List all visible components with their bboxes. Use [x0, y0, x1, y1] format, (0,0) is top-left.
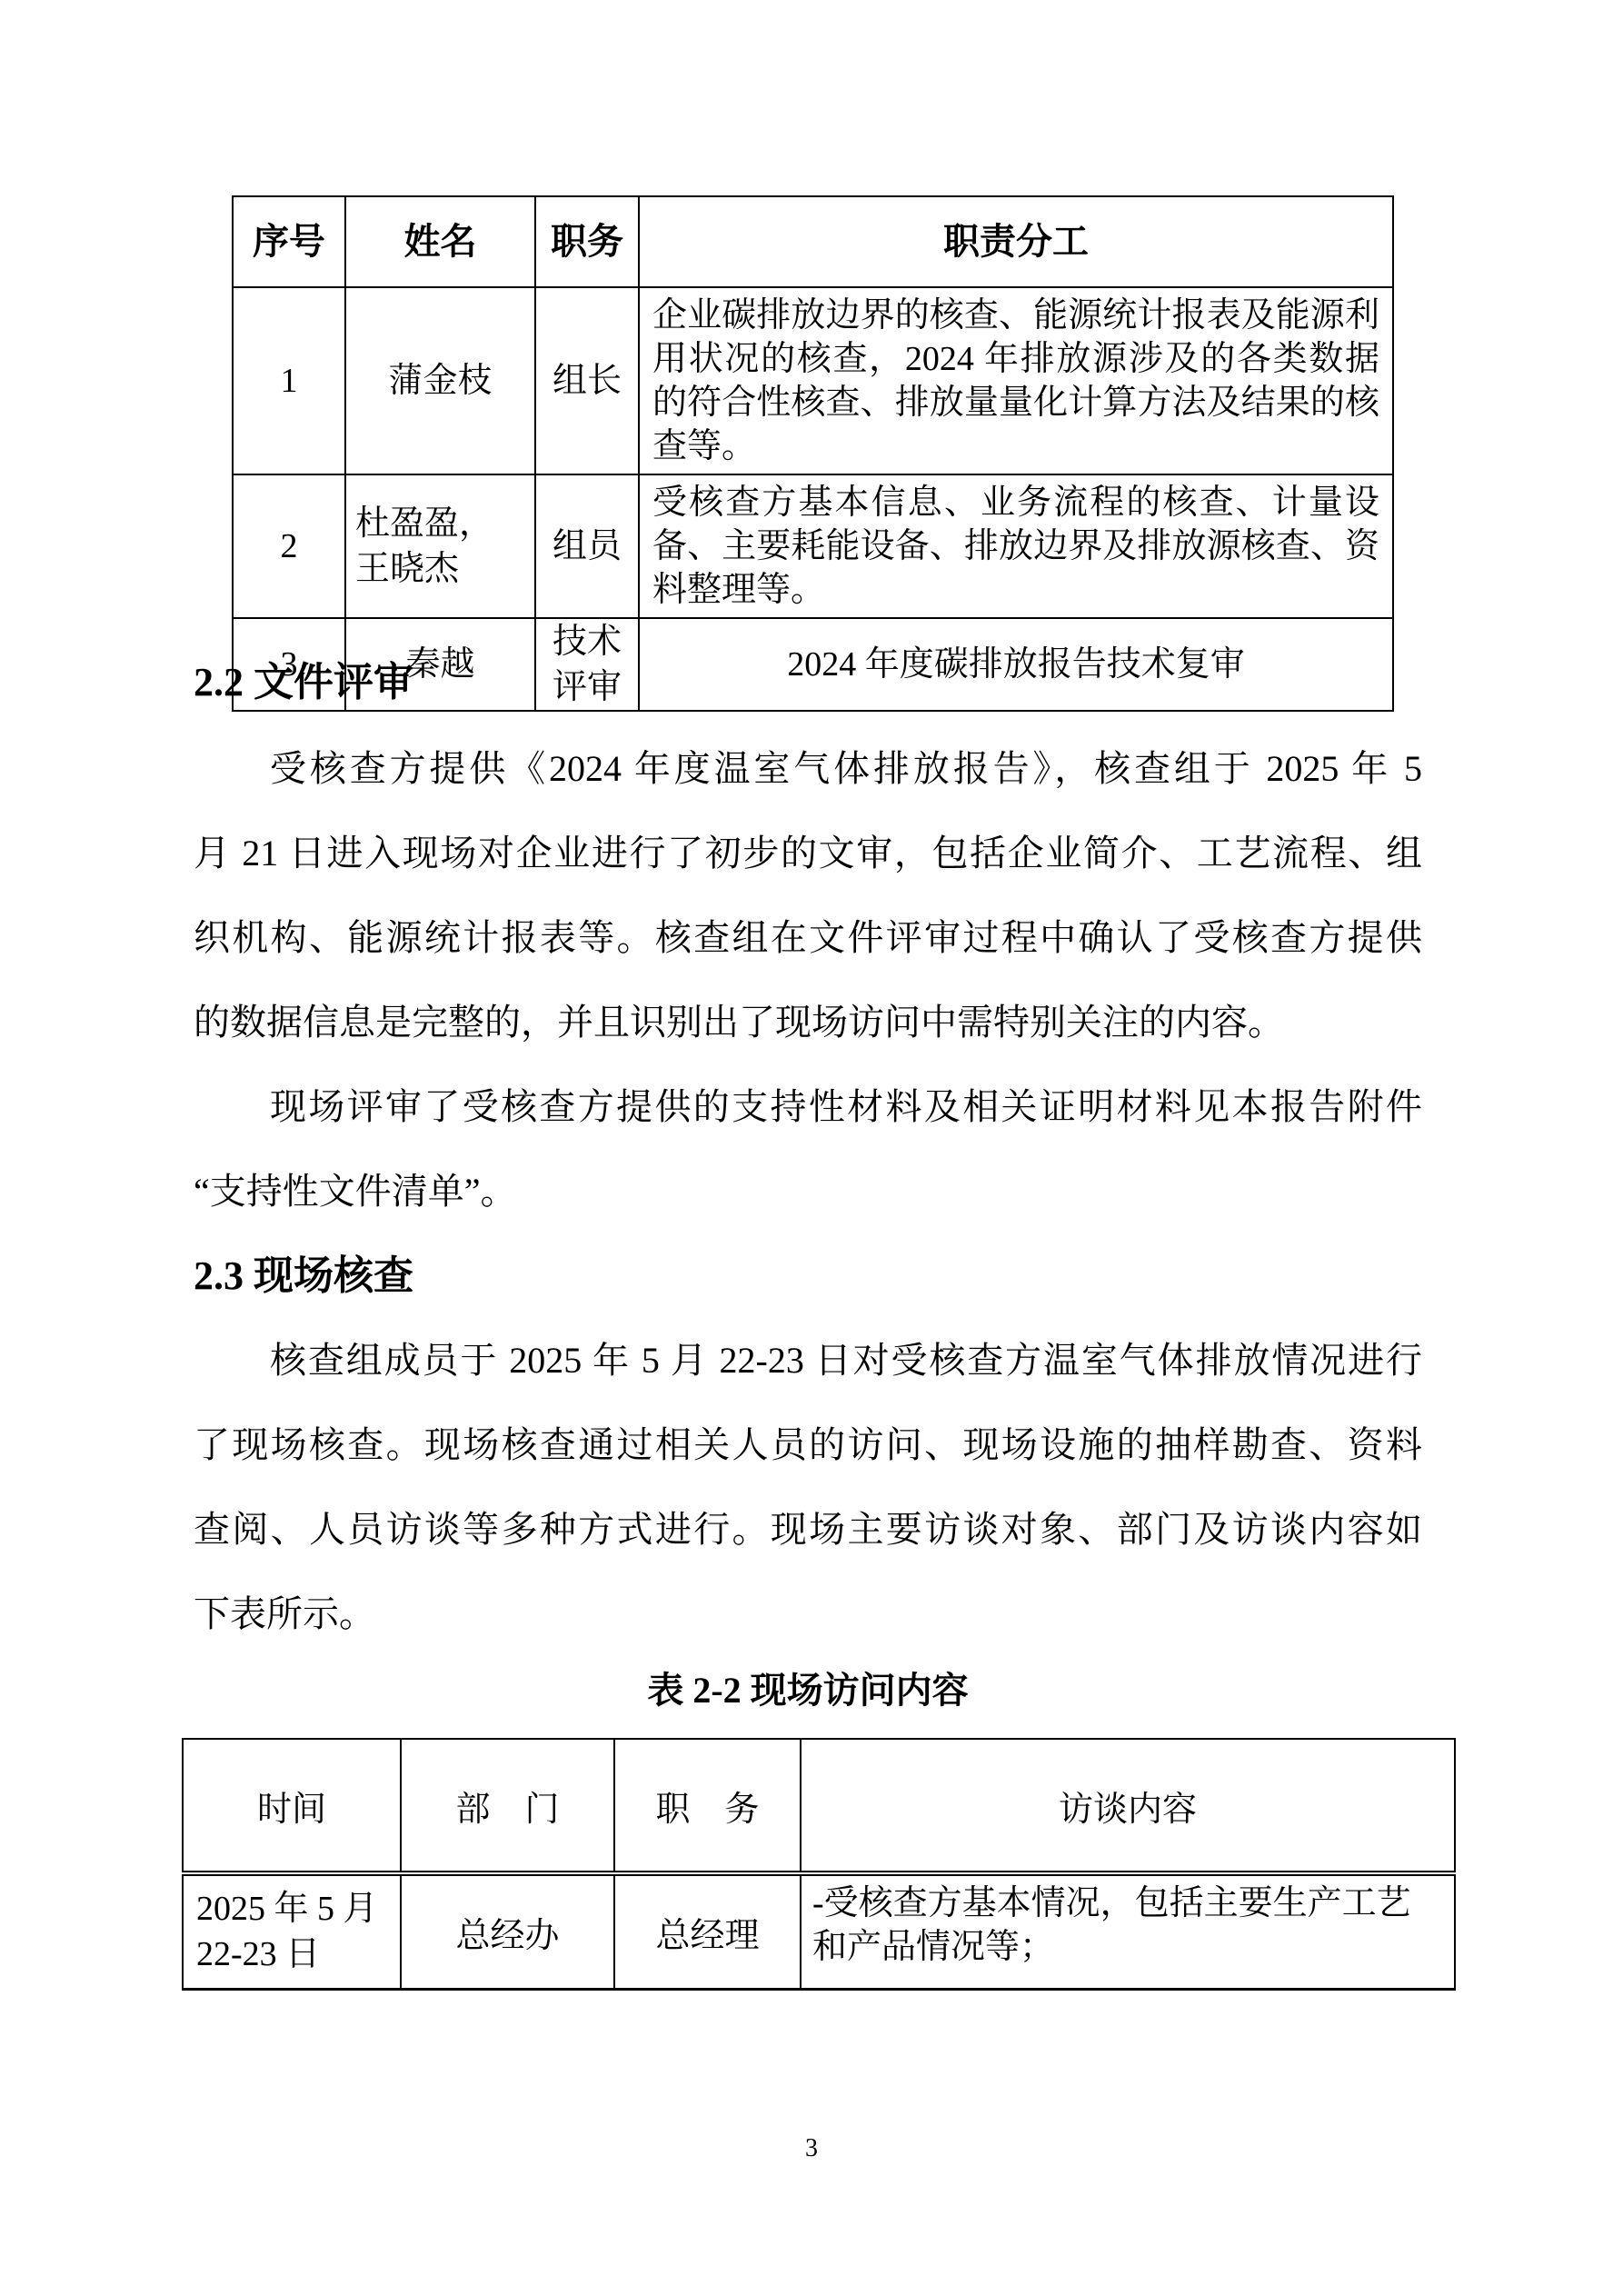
paragraph-line: 织机构、能源统计报表等。核查组在文件评审过程中确认了受核查方提供 — [194, 895, 1422, 980]
team-header-duty: 职责分工 — [639, 196, 1393, 287]
visit-header-content: 访谈内容 — [801, 1739, 1455, 1873]
paragraph-line: 了现场核查。现场核查通过相关人员的访问、现场设施的抽样勘查、资料 — [194, 1403, 1422, 1487]
paragraph-line: 月 21 日进入现场对企业进行了初步的文审，包括企业简介、工艺流程、组 — [194, 811, 1422, 895]
visit-table-row: 2025 年 5 月 22-23 日 总经办 总经理 -受核查方基本情况，包括主… — [183, 1873, 1455, 1989]
team-row-name: 杜盈盈，王晓杰 — [345, 474, 535, 618]
team-row-name: 蒲金枝 — [345, 287, 535, 474]
section-2-3-heading: 2.3 现场核查 — [194, 1253, 413, 1299]
team-row-duty: 企业碳排放边界的核查、能源统计报表及能源利用状况的核查，2024 年排放源涉及的… — [639, 287, 1393, 474]
site-visit-table: 时间 部 门 职 务 访谈内容 2025 年 5 月 22-23 日 总经办 总… — [182, 1738, 1456, 1991]
paragraph-line: 的数据信息是完整的，并且识别出了现场访问中需特别关注的内容。 — [194, 980, 1422, 1064]
visit-row-role: 总经理 — [614, 1873, 801, 1989]
team-header-role: 职务 — [535, 196, 639, 287]
paragraph-line: 查阅、人员访谈等多种方式进行。现场主要访谈对象、部门及访谈内容如 — [194, 1487, 1422, 1572]
team-row-role: 组长 — [535, 287, 639, 474]
visit-row-content: -受核查方基本情况，包括主要生产工艺和产品情况等； — [801, 1873, 1455, 1989]
document-page: 序号 姓名 职务 职责分工 1 蒲金枝 组长 企业碳排放边界的核查、能源统计报表… — [0, 0, 1623, 2296]
team-row-role: 技术评审 — [535, 618, 639, 711]
paragraph-line: 现场评审了受核查方提供的支持性材料及相关证明材料见本报告附件 — [194, 1064, 1422, 1149]
visit-row-dept: 总经办 — [401, 1873, 614, 1989]
team-row-no: 1 — [233, 287, 345, 474]
visit-header-role: 职 务 — [614, 1739, 801, 1873]
paragraph-line: 核查组成员于 2025 年 5 月 22-23 日对受核查方温室气体排放情况进行 — [194, 1318, 1422, 1403]
team-header-no: 序号 — [233, 196, 345, 287]
section-2-2-heading: 2.2 文件评审 — [194, 660, 413, 705]
team-table-row: 2 杜盈盈，王晓杰 组员 受核查方基本信息、业务流程的核查、计量设备、主要耗能设… — [233, 474, 1393, 618]
paragraph-line: 下表所示。 — [194, 1572, 1422, 1656]
paragraph-line: “支持性文件清单”。 — [194, 1149, 1422, 1233]
team-row-duty: 受核查方基本信息、业务流程的核查、计量设备、主要耗能设备、排放边界及排放源核查、… — [639, 474, 1393, 618]
page-number: 3 — [0, 2134, 1623, 2163]
team-row-role: 组员 — [535, 474, 639, 618]
paragraph-line: 受核查方提供《2024 年度温室气体排放报告》，核查组于 2025 年 5 — [194, 726, 1422, 811]
visit-header-dept: 部 门 — [401, 1739, 614, 1873]
team-header-name: 姓名 — [345, 196, 535, 287]
visit-row-time: 2025 年 5 月 22-23 日 — [183, 1873, 401, 1989]
team-table-row: 1 蒲金枝 组长 企业碳排放边界的核查、能源统计报表及能源利用状况的核查，202… — [233, 287, 1393, 474]
team-row-no: 2 — [233, 474, 345, 618]
table-2-2-caption: 表 2-2 现场访问内容 — [194, 1669, 1422, 1712]
visit-table-header-row: 时间 部 门 职 务 访谈内容 — [183, 1739, 1455, 1873]
visit-header-time: 时间 — [183, 1739, 401, 1873]
team-row-duty: 2024 年度碳排放报告技术复审 — [639, 618, 1393, 711]
team-table-header-row: 序号 姓名 职务 职责分工 — [233, 196, 1393, 287]
verification-team-table: 序号 姓名 职务 职责分工 1 蒲金枝 组长 企业碳排放边界的核查、能源统计报表… — [232, 195, 1394, 712]
